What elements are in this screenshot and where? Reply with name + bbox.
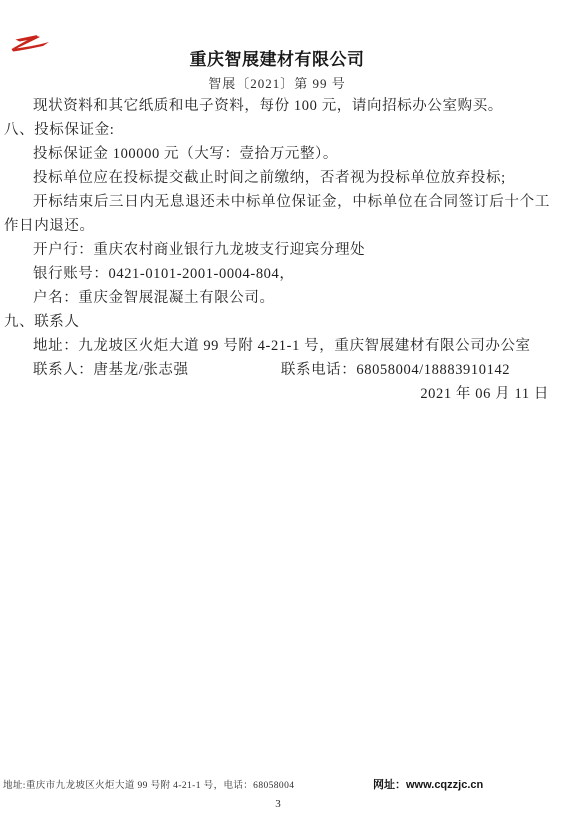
- document-date: 2021 年 06 月 11 日: [4, 382, 550, 406]
- para-deposit-amount: 投标保证金 100000 元（大写：壹拾万元整）。: [4, 142, 550, 166]
- company-title: 重庆智展建材有限公司: [4, 45, 550, 70]
- footer-website: 网址：www.cqzzjc.cn: [373, 776, 483, 792]
- para-office-address: 地址：九龙坡区火炬大道 99 号附 4-21-1 号，重庆智展建材有限公司办公室: [4, 334, 550, 358]
- para-contacts: 联系人：唐基龙/张志强 联系电话：68058004/18883910142: [4, 358, 550, 382]
- para-materials-purchase: 现状资料和其它纸质和电子资料，每份 100 元，请向招标办公室购买。: [4, 94, 550, 118]
- para-bank-account: 银行账号：0421-0101-2001-0004-804，: [4, 262, 550, 286]
- contact-names: 联系人：唐基龙/张志强: [33, 362, 189, 378]
- footer-address: 地址:重庆市九龙坡区火炬大道 99 号附 4-21-1 号，电话：6805800…: [3, 777, 294, 791]
- section-9-heading: 九、联系人: [4, 310, 550, 334]
- section-8-heading: 八、投标保证金:: [4, 118, 550, 142]
- para-payment-deadline: 投标单位应在投标提交截止时间之前缴纳，否者视为投标单位放弃投标;: [4, 166, 550, 190]
- para-bank-name: 开户行：重庆农村商业银行九龙坡支行迎宾分理处: [4, 238, 550, 262]
- contact-phones: 联系电话：68058004/18883910142: [281, 362, 510, 378]
- page-number: 3: [0, 798, 556, 810]
- document-body: 现状资料和其它纸质和电子资料，每份 100 元，请向招标办公室购买。 八、投标保…: [4, 94, 550, 406]
- para-account-holder: 户名：重庆金智展混凝土有限公司。: [4, 286, 550, 310]
- document-page: 重庆智展建材有限公司 智展〔2021〕第 99 号 现状资料和其它纸质和电子资料…: [0, 0, 585, 818]
- document-number: 智展〔2021〕第 99 号: [4, 73, 550, 92]
- para-refund-terms: 开标结束后三日内无息退还未中标单位保证金，中标单位在合同签订后十个工作日内退还。: [4, 190, 550, 238]
